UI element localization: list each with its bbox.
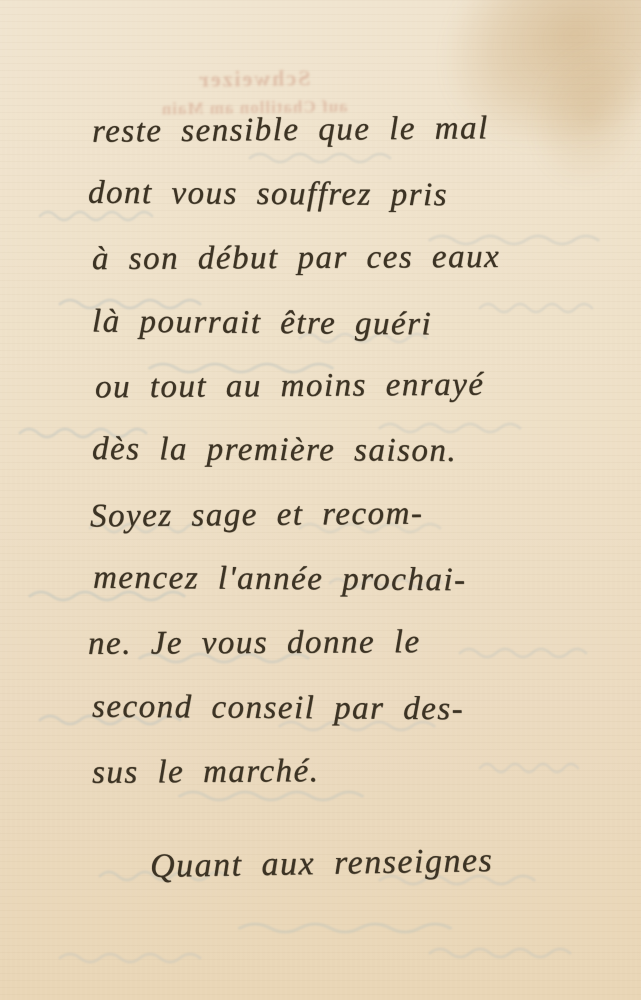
handwriting-line: ou tout au moins enrayé: [95, 367, 485, 407]
handwriting-line: à son début par ces eaux: [92, 239, 500, 278]
handwritten-text: reste sensible que le mal dont vous souf…: [0, 0, 641, 1000]
handwriting-line: sus le marché.: [92, 753, 320, 792]
handwriting-line: ne. Je vous donne le: [88, 624, 421, 663]
handwriting-line: mencez l'année prochai-: [93, 560, 467, 600]
handwriting-line: là pourrait être guéri: [92, 304, 432, 344]
handwriting-line: second conseil par des-: [92, 689, 464, 729]
handwriting-line: dès la première saison.: [92, 431, 457, 470]
letter-page: Schweizer auf Chatillon am Main reste se…: [0, 0, 641, 1000]
handwriting-line: dont vous souffrez pris: [88, 175, 448, 215]
handwriting-line: reste sensible que le mal: [92, 110, 489, 150]
handwriting-line: Quant aux renseignes: [150, 842, 494, 886]
handwriting-line: Soyez sage et recom-: [90, 496, 424, 536]
